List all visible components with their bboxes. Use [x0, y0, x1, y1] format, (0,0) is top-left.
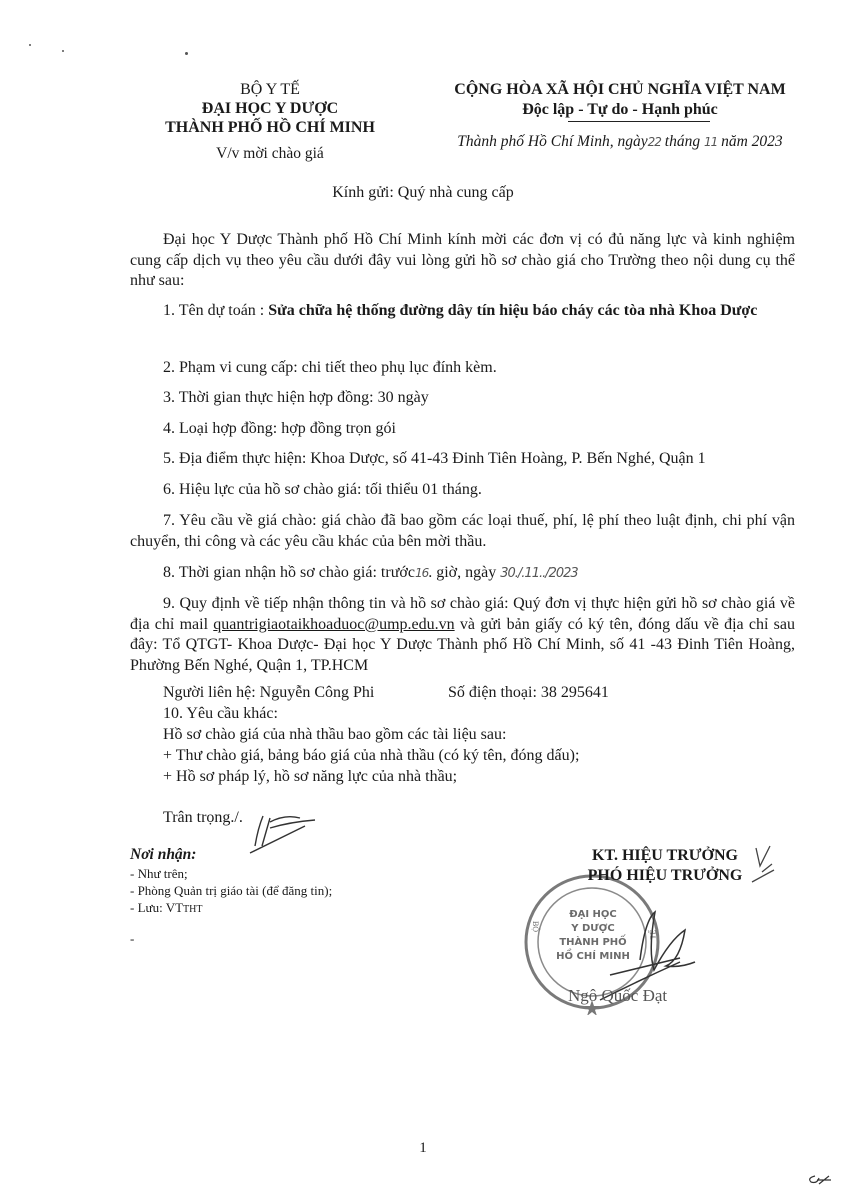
greeting: Kính gửi: Quý nhà cung cấp: [0, 184, 846, 202]
trailing-dash: -: [130, 930, 332, 947]
contact-phone: Số điện thoại: 38 295641: [448, 683, 609, 704]
item-1-value: Sửa chữa hệ thống đường dây tín hiệu báo…: [268, 302, 757, 319]
contact-email-link[interactable]: quantrigiaotaikhoaduoc@ump.edu.vn: [213, 616, 454, 633]
item-2: 2. Phạm vi cung cấp: chi tiết theo phụ l…: [163, 358, 497, 379]
date-year: năm 2023: [721, 133, 783, 150]
item-10-doc: + Hồ sơ pháp lý, hồ sơ năng lực của nhà …: [163, 767, 457, 788]
signer-name: Ngô Quốc Đạt: [568, 986, 667, 1006]
item-5: 5. Địa điểm thực hiện: Khoa Dược, số 41-…: [163, 449, 706, 470]
item-8: 8. Thời gian nhận hồ sơ chào giá: trước1…: [163, 563, 578, 585]
date-month-label: tháng: [665, 133, 700, 150]
item-6: 6. Hiệu lực của hồ sơ chào giá: tối thiể…: [163, 480, 482, 501]
item-7: 7. Yêu cầu về giá chào: giá chào đã bao …: [130, 511, 795, 552]
item-1: 1. Tên dự toán : Sửa chữa hệ thống đường…: [130, 301, 795, 322]
issuer-header: BỘ Y TẾ ĐẠI HỌC Y DƯỢC THÀNH PHỐ HỒ CHÍ …: [150, 80, 390, 163]
page-number: 1: [0, 1140, 846, 1157]
national-header: CỘNG HÒA XÃ HỘI CHỦ NGHĨA VIỆT NAM Độc l…: [420, 80, 820, 152]
item-10-title: 10. Yêu cầu khác:: [163, 704, 278, 725]
nation-title: CỘNG HÒA XÃ HỘI CHỦ NGHĨA VIỆT NAM: [420, 80, 820, 100]
scan-speck: [185, 52, 188, 55]
recipients-title: Nơi nhận:: [130, 846, 332, 863]
seal-left-mark: BỘ: [531, 921, 540, 932]
item-8-middle: . giờ, ngày: [428, 564, 496, 581]
item-9: 9. Quy định về tiếp nhận thông tin và hồ…: [130, 594, 795, 676]
recipient-item: - Phòng Quản trị giáo tài (để đăng tin);: [130, 882, 332, 899]
scan-speck: [29, 44, 31, 46]
page-initial-icon: [805, 1170, 835, 1190]
item-3: 3. Thời gian thực hiện hợp đồng: 30 ngày: [163, 388, 429, 409]
date-line: Thành phố Hồ Chí Minh, ngày22 tháng 11 n…: [420, 132, 820, 152]
national-motto: Độc lập - Tự do - Hạnh phúc: [522, 100, 718, 120]
item-8-label: 8. Thời gian nhận hồ sơ chào giá: trước: [163, 564, 415, 581]
item-1-label: 1. Tên dự toán :: [163, 302, 268, 319]
university-name-line1: ĐẠI HỌC Y DƯỢC: [150, 99, 390, 118]
deadline-date-handwritten: 30./.11../2023: [500, 566, 577, 581]
date-month-handwritten: 11: [704, 135, 717, 149]
contact-person: Người liên hệ: Nguyễn Công Phi: [163, 683, 374, 704]
recipient-item: - Như trên;: [130, 865, 332, 882]
scan-speck: [62, 50, 64, 52]
university-name-line2: THÀNH PHỐ HỒ CHÍ MINH: [150, 118, 390, 137]
date-prefix: Thành phố Hồ Chí Minh, ngày: [457, 133, 647, 150]
item-10-doc: + Thư chào giá, bảng báo giá của nhà thầ…: [163, 746, 579, 767]
motto-underline: [568, 121, 710, 122]
initial-mark-icon: [748, 842, 778, 892]
item-4: 4. Loại hợp đồng: hợp đồng trọn gói: [163, 419, 396, 440]
recipient-item: - Lưu: VTTHT: [130, 899, 332, 918]
deadline-hour-handwritten: 16: [415, 566, 428, 580]
ministry-name: BỘ Y TẾ: [150, 80, 390, 99]
recipients-block: Nơi nhận: - Như trên; - Phòng Quản trị g…: [130, 846, 332, 947]
date-day-handwritten: 22: [648, 135, 661, 149]
archive-subscript: THT: [183, 904, 202, 915]
item-10-intro: Hồ sơ chào giá của nhà thầu bao gồm các …: [163, 725, 506, 746]
document-subject: V/v mời chào giá: [150, 144, 390, 163]
motto-text: Độc lập - Tự do - Hạnh phúc: [522, 101, 718, 118]
archive-label: - Lưu: VT: [130, 900, 183, 915]
intro-paragraph: Đại học Y Dược Thành phố Hồ Chí Minh kín…: [130, 230, 795, 292]
